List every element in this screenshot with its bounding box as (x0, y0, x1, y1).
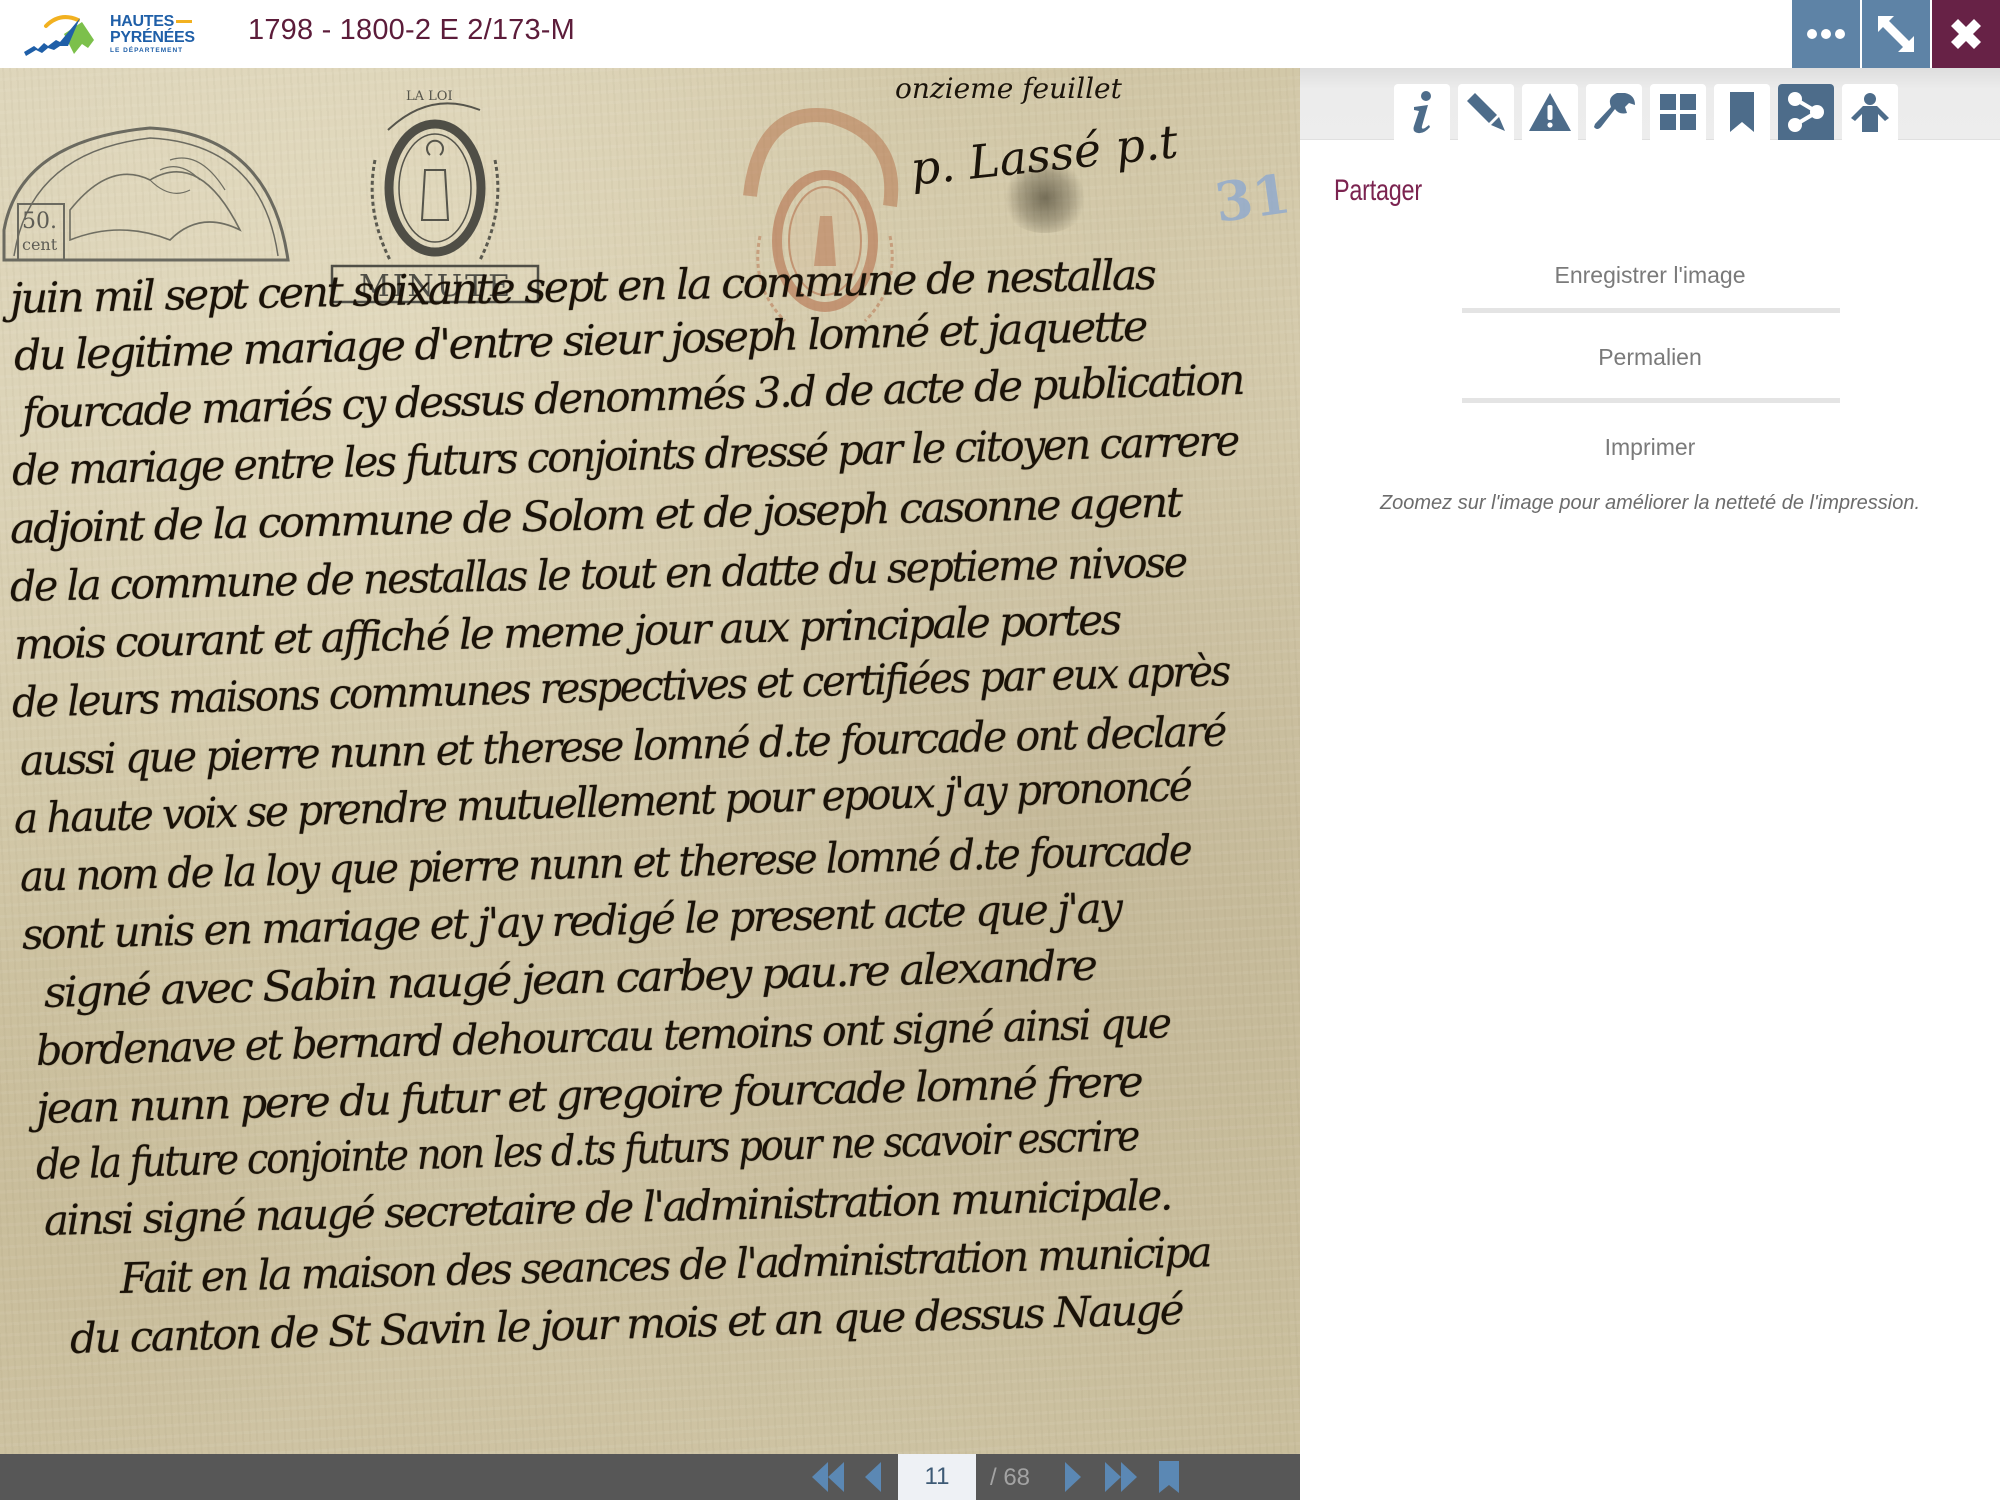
pagination-bar: / 68 (0, 1454, 1300, 1500)
logo-line-2: PYRÉNÉES (110, 30, 195, 46)
close-x-icon (1945, 13, 1987, 55)
person-icon (1849, 92, 1891, 132)
fullscreen-button[interactable] (1862, 0, 1930, 68)
info-icon (1402, 90, 1442, 134)
last-page-button[interactable] (1100, 1454, 1142, 1500)
double-chevron-left-icon (810, 1462, 846, 1492)
page-number-input[interactable] (898, 1454, 976, 1500)
logo-line-1: HAUTES (110, 14, 174, 30)
bookmarks-tab-button[interactable] (1714, 84, 1770, 140)
document-title: 1798 - 1800-2 E 2/173-M (248, 14, 575, 47)
side-panel: Partager Enregistrer l'image Permalien I… (1300, 68, 2000, 1500)
hautes-pyrenees-logo[interactable]: HAUTES PYRÉNÉES LE DÉPARTEMENT (20, 8, 200, 60)
next-page-button[interactable] (1058, 1454, 1088, 1500)
ellipsis-icon (1807, 29, 1845, 39)
thumbnails-tab-button[interactable] (1650, 84, 1706, 140)
tax-stamp-image: 50. cent (0, 120, 292, 270)
app-header: HAUTES PYRÉNÉES LE DÉPARTEMENT 1798 - 18… (0, 0, 2000, 68)
share-icon (1785, 91, 1827, 133)
folio-number: 31 (1211, 161, 1294, 235)
stamp-value: 50. (22, 209, 57, 234)
previous-page-button[interactable] (858, 1454, 888, 1500)
grid-icon (1660, 94, 1696, 130)
chevron-right-icon (1063, 1462, 1083, 1492)
logo-mountain-icon (20, 8, 108, 60)
top-note-feuillet: onzieme feuillet (895, 72, 1122, 105)
bookmark-icon (1159, 1461, 1179, 1493)
share-tab-button[interactable] (1778, 84, 1834, 140)
panel-title: Partager (1334, 174, 1422, 208)
panel-toolbar (1300, 68, 2000, 140)
more-options-button[interactable] (1792, 0, 1860, 68)
document-image-viewer[interactable]: 50. cent LA LOI MINUTE 31 onzieme feuill… (0, 68, 1300, 1500)
warning-icon (1529, 93, 1571, 131)
bookmark-icon (1730, 92, 1754, 132)
info-tab-button[interactable] (1394, 84, 1450, 140)
divider (1462, 398, 1840, 403)
tools-tab-button[interactable] (1586, 84, 1642, 140)
svg-text:cent: cent (22, 235, 58, 254)
permalink-button[interactable]: Permalien (1460, 344, 1840, 371)
print-button[interactable]: Imprimer (1460, 434, 1840, 461)
contribute-tab-button[interactable] (1842, 84, 1898, 140)
close-viewer-button[interactable] (1932, 0, 2000, 68)
print-hint-text: Zoomez sur l'image pour améliorer la net… (1300, 492, 2000, 515)
wrench-icon (1593, 91, 1635, 133)
report-tab-button[interactable] (1522, 84, 1578, 140)
divider (1462, 308, 1840, 313)
logo-line-3: LE DÉPARTEMENT (110, 48, 195, 55)
chevron-left-icon (863, 1462, 883, 1492)
bookmark-page-button[interactable] (1154, 1454, 1184, 1500)
double-chevron-right-icon (1103, 1462, 1139, 1492)
pencil-icon (1465, 91, 1507, 133)
page-total: / 68 (990, 1464, 1030, 1492)
save-image-button[interactable]: Enregistrer l'image (1460, 262, 1840, 289)
first-page-button[interactable] (808, 1454, 848, 1500)
expand-arrows-icon (1874, 12, 1918, 56)
annotate-tab-button[interactable] (1458, 84, 1514, 140)
svg-text:LA LOI: LA LOI (406, 89, 453, 104)
